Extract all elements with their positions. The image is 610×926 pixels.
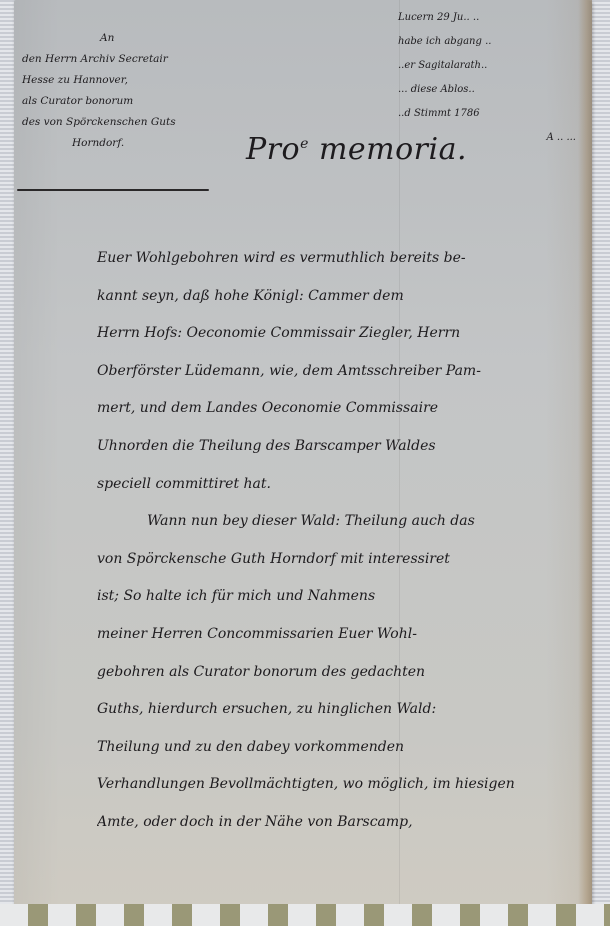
address-line: als Curator bonorum [22,91,212,112]
body-line: Uhnorden die Theilung des Barscamper Wal… [97,428,585,466]
body-line: Euer Wohlgebohren wird es vermuthlich be… [97,240,585,278]
body-line: kannt seyn, daß hohe Königl: Cammer dem [97,278,585,316]
body-line: Herrn Hofs: Oeconomie Commissair Ziegler… [97,315,585,353]
margin-note-line: habe ich abgang .. [398,30,588,54]
body-line: Verhandlungen Bevollmächtigten, wo mögli… [97,766,585,804]
address-line: den Herrn Archiv Secretair [22,49,212,70]
address-line: Horndorf. [22,133,212,154]
margin-note-line: Lucern 29 Ju.. .. [398,6,588,30]
address-divider [17,189,209,191]
tablecloth-background [0,904,610,926]
letter-body: Euer Wohlgebohren wird es vermuthlich be… [97,240,585,842]
body-line: speciell committiret hat. [97,466,585,504]
title-prefix: Pro [246,132,300,167]
body-line: Guths, hierdurch ersuchen, zu hinglichen… [97,691,585,729]
address-line: An [22,28,212,49]
address-block: An den Herrn Archiv Secretair Hesse zu H… [22,28,212,154]
body-line: gebohren als Curator bonorum des gedacht… [97,654,585,692]
margin-note-line: ..d Stimmt 1786 [398,102,588,126]
body-line: ist; So halte ich für mich und Nahmens [97,578,585,616]
document-title: Proe memoria. [246,132,467,167]
margin-note: Lucern 29 Ju.. .. habe ich abgang .. ..e… [398,6,588,150]
address-line: des von Spörckenschen Guts [22,112,212,133]
body-line: Theilung und zu den dabey vorkommenden [97,729,585,767]
margin-note-line: ... diese Ablos.. [398,78,588,102]
title-text: memoria. [319,132,467,167]
body-line: mert, und dem Landes Oeconomie Commissai… [97,390,585,428]
body-line: Amte, oder doch in der Nähe von Barscamp… [97,804,585,842]
title-superscript: e [300,136,309,152]
body-line: Oberförster Lüdemann, wie, dem Amtsschre… [97,353,585,391]
body-line: meiner Herren Concommissarien Euer Wohl- [97,616,585,654]
address-line: Hesse zu Hannover, [22,70,212,91]
margin-note-line: ..er Sagitalarath.. [398,54,588,78]
body-line: von Spörckensche Guth Horndorf mit inter… [97,541,585,579]
body-line: Wann nun bey dieser Wald: Theilung auch … [97,503,585,541]
